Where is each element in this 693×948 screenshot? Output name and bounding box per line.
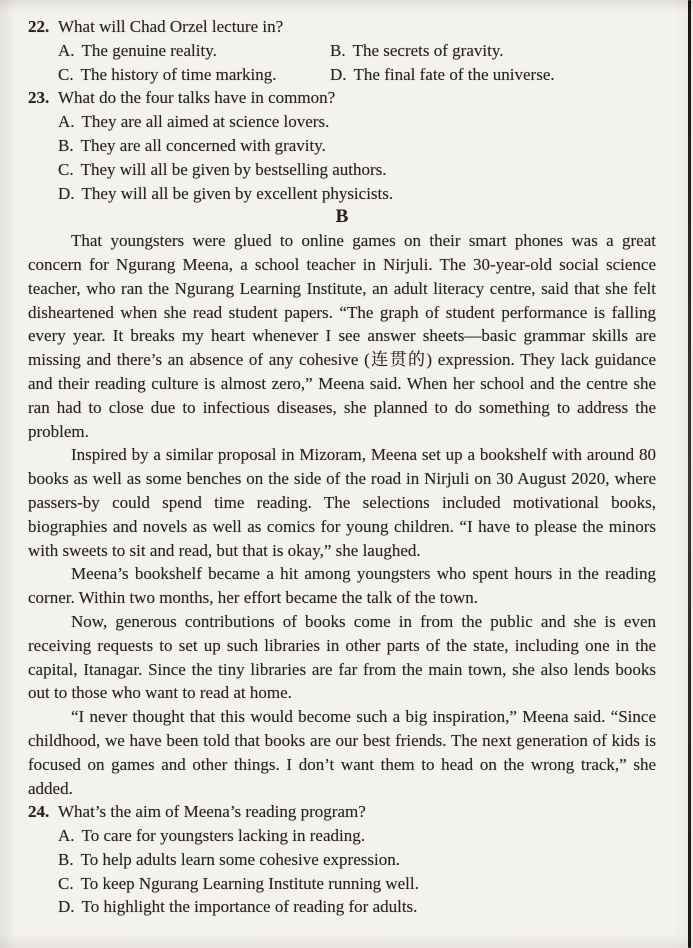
question-24-options: A.To care for youngsters lacking in read… <box>28 824 656 919</box>
question-22-option-b: B.The secrets of gravity. <box>330 39 656 63</box>
question-22-options: A.The genuine reality. B.The secrets of … <box>28 39 656 87</box>
question-24: 24. What’s the aim of Meena’s reading pr… <box>28 800 656 919</box>
question-23-number: 23. <box>28 86 58 110</box>
option-text: The history of time marking. <box>81 65 277 84</box>
option-text: To highlight the importance of reading f… <box>82 897 418 916</box>
question-24-stem: 24. What’s the aim of Meena’s reading pr… <box>28 800 656 824</box>
option-label: B. <box>58 136 74 155</box>
exam-paper-page: 22. What will Chad Orzel lecture in? A.T… <box>0 0 693 948</box>
option-text: The final fate of the universe. <box>354 65 555 84</box>
question-23: 23. What do the four talks have in commo… <box>28 86 656 205</box>
scan-edge-line <box>688 0 691 948</box>
option-label: B. <box>58 850 74 869</box>
question-23-option-c: C.They will all be given by bestselling … <box>58 158 656 182</box>
reading-passage: That youngsters were glued to online gam… <box>28 229 656 800</box>
question-24-text: What’s the aim of Meena’s reading progra… <box>58 800 656 824</box>
passage-paragraph-1: That youngsters were glued to online gam… <box>28 229 656 443</box>
passage-paragraph-4: Now, generous contributions of books com… <box>28 610 656 705</box>
option-label: C. <box>58 65 74 84</box>
passage-paragraph-3: Meena’s bookshelf became a hit among you… <box>28 562 656 610</box>
option-text: To keep Ngurang Learning Institute runni… <box>81 874 419 893</box>
question-22-number: 22. <box>28 15 58 39</box>
question-24-option-a: A.To care for youngsters lacking in read… <box>58 824 656 848</box>
question-24-option-d: D.To highlight the importance of reading… <box>58 895 656 919</box>
option-label: D. <box>330 65 347 84</box>
option-label: C. <box>58 160 74 179</box>
option-text: They will all be given by excellent phys… <box>82 184 394 203</box>
question-22-option-a: A.The genuine reality. <box>58 39 330 63</box>
option-text: The genuine reality. <box>82 41 217 60</box>
option-label: A. <box>58 41 75 60</box>
option-text: They are all aimed at science lovers. <box>82 112 330 131</box>
option-text: They will all be given by bestselling au… <box>81 160 387 179</box>
question-23-text: What do the four talks have in common? <box>58 86 656 110</box>
option-text: They are all concerned with gravity. <box>81 136 326 155</box>
question-23-option-b: B.They are all concerned with gravity. <box>58 134 656 158</box>
question-23-option-a: A.They are all aimed at science lovers. <box>58 110 656 134</box>
question-24-option-c: C.To keep Ngurang Learning Institute run… <box>58 872 656 896</box>
question-24-number: 24. <box>28 800 58 824</box>
passage-paragraph-5: “I never thought that this would become … <box>28 705 656 800</box>
option-label: C. <box>58 874 74 893</box>
option-label: A. <box>58 826 75 845</box>
option-label: A. <box>58 112 75 131</box>
question-24-option-b: B.To help adults learn some cohesive exp… <box>58 848 656 872</box>
option-text: To care for youngsters lacking in readin… <box>82 826 365 845</box>
option-text: To help adults learn some cohesive expre… <box>81 850 400 869</box>
passage-paragraph-2: Inspired by a similar proposal in Mizora… <box>28 443 656 562</box>
question-22-option-c: C.The history of time marking. <box>58 63 330 87</box>
question-22-text: What will Chad Orzel lecture in? <box>58 15 656 39</box>
question-22: 22. What will Chad Orzel lecture in? A.T… <box>28 15 656 86</box>
question-22-stem: 22. What will Chad Orzel lecture in? <box>28 15 656 39</box>
option-label: B. <box>330 41 346 60</box>
question-23-options: A.They are all aimed at science lovers. … <box>28 110 656 205</box>
option-text: The secrets of gravity. <box>353 41 504 60</box>
option-label: D. <box>58 184 75 203</box>
option-label: D. <box>58 897 75 916</box>
question-23-option-d: D.They will all be given by excellent ph… <box>58 182 656 206</box>
question-22-option-d: D.The final fate of the universe. <box>330 63 656 87</box>
section-heading-b: B <box>28 205 656 229</box>
question-23-stem: 23. What do the four talks have in commo… <box>28 86 656 110</box>
